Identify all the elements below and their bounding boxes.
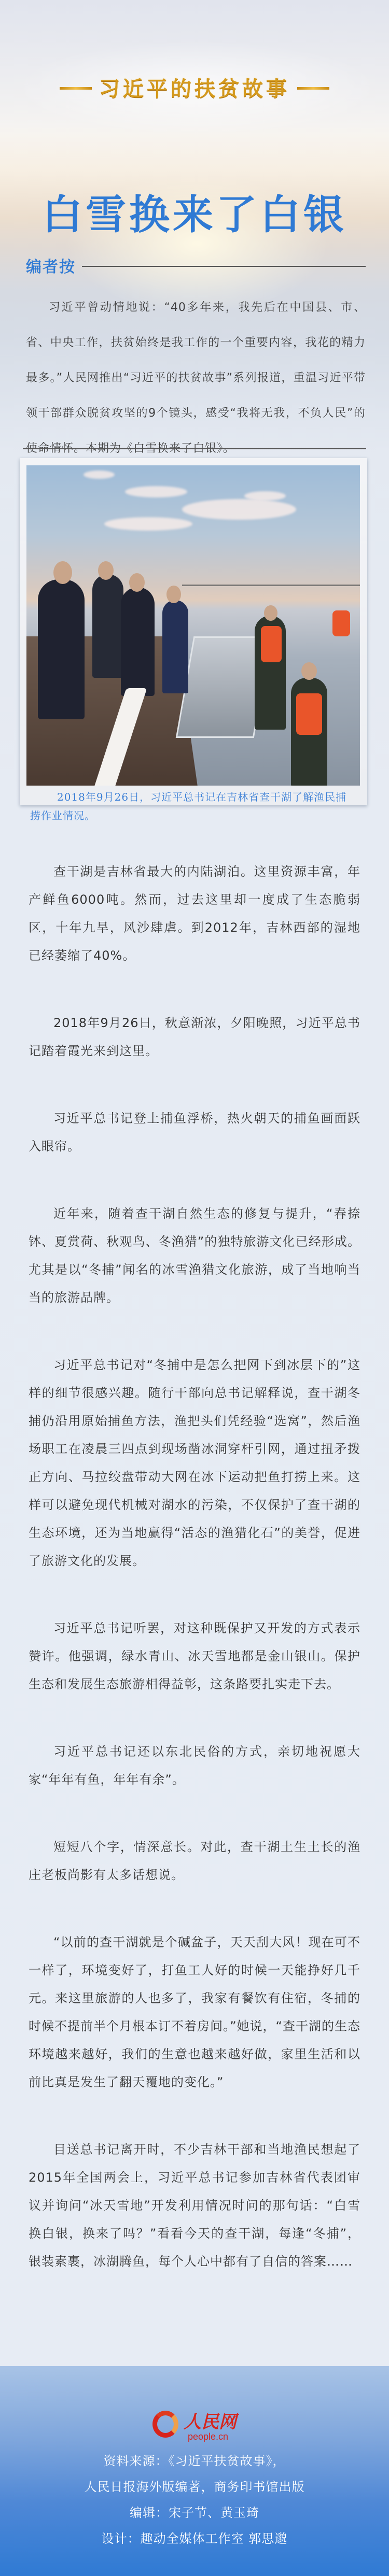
paragraph: 习近平总书记登上捕鱼浮桥，热火朝天的捕鱼画面跃入眼帘。 [29, 1104, 360, 1160]
right-dash-ornament [297, 87, 329, 90]
page-title: 白雪换来了白银 [0, 182, 389, 240]
credit-design: 设计：趣动全媒体工作室 郭思邈 [0, 2526, 389, 2552]
credit-publisher: 人民日报海外版编著，商务印书馆出版 [0, 2474, 389, 2500]
people-cn-logo[interactable]: 人民网 people.cn [150, 2409, 239, 2445]
photo-card: 2018年9月26日，习近平总书记在吉林省查干湖了解渔民捕捞作业情况。 [20, 458, 367, 805]
credit-editors: 编辑：宋子节、黄玉琦 [0, 2500, 389, 2526]
logo-wordmark: 人民网 [184, 2408, 237, 2433]
people-cn-logo-icon [152, 2411, 178, 2438]
paragraph: 短短八个字，情深意长。对此，查干湖土生土长的渔庄老板尚影有太多话想说。 [29, 1833, 360, 1889]
paragraph: 习近平总书记还以东北民俗的方式，亲切地祝愿大家“年年有鱼，年年有余”。 [29, 1738, 360, 1794]
editor-note-divider [23, 448, 366, 449]
paragraph: “以前的查干湖就是个碱盆子，天天刮大风！现在可不一样了，环境变好了，打鱼工人好的… [29, 1928, 360, 2096]
editor-note-rule [82, 266, 366, 267]
paragraph: 目送总书记离开时，不少吉林干部和当地渔民想起了2015年全国两会上，习近平总书记… [29, 2136, 360, 2275]
logo-domain: people.cn [188, 2431, 228, 2442]
photo-caption: 2018年9月26日，习近平总书记在吉林省查干湖了解渔民捕捞作业情况。 [30, 788, 357, 825]
left-dash-ornament [60, 87, 92, 90]
credits: 资料来源：《习近平扶贫故事》， 人民日报海外版编著，商务印书馆出版 编辑：宋子节… [0, 2448, 389, 2552]
editor-note-header: 编者按 [26, 254, 366, 277]
article-page: 习近平的扶贫故事 白雪换来了白银 编者按 习近平曾动情地说：“40多年来，我先后… [0, 0, 389, 2576]
paragraph: 查干湖是吉林省最大的内陆湖泊。这里资源丰富，年产鲜鱼6000吨。然而，过去这里却… [29, 858, 360, 970]
paragraph: 习近平总书记听罢，对这种既保护又开发的方式表示赞许。他强调，绿水青山、冰天雪地都… [29, 1614, 360, 1698]
article-body: 查干湖是吉林省最大的内陆湖泊。这里资源丰富，年产鲜鱼6000吨。然而，过去这里却… [29, 858, 360, 2315]
series-title-text: 习近平的扶贫故事 [99, 77, 290, 101]
news-photo [26, 465, 360, 786]
paragraph: 习近平总书记对“冬捕中是怎么把网下到冰层下的”这样的细节很感兴趣。随行干部向总书… [29, 1351, 360, 1575]
paragraph: 近年来，随着查干湖自然生态的修复与提升，“春捺钵、夏赏荷、秋观鸟、冬渔猎”的独特… [29, 1200, 360, 1312]
editor-note-text: 习近平曾动情地说：“40多年来，我先后在中国县、市、省、中央工作，扶贫始终是我工… [26, 290, 366, 466]
editor-note-label: 编者按 [26, 254, 76, 277]
paragraph: 2018年9月26日，秋意渐浓，夕阳晚照，习近平总书记踏着霞光来到这里。 [29, 1009, 360, 1065]
series-title: 习近平的扶贫故事 [0, 73, 389, 102]
credit-source: 资料来源：《习近平扶贫故事》， [0, 2448, 389, 2474]
footer: 人民网 people.cn 资料来源：《习近平扶贫故事》， 人民日报海外版编著，… [0, 2366, 389, 2576]
